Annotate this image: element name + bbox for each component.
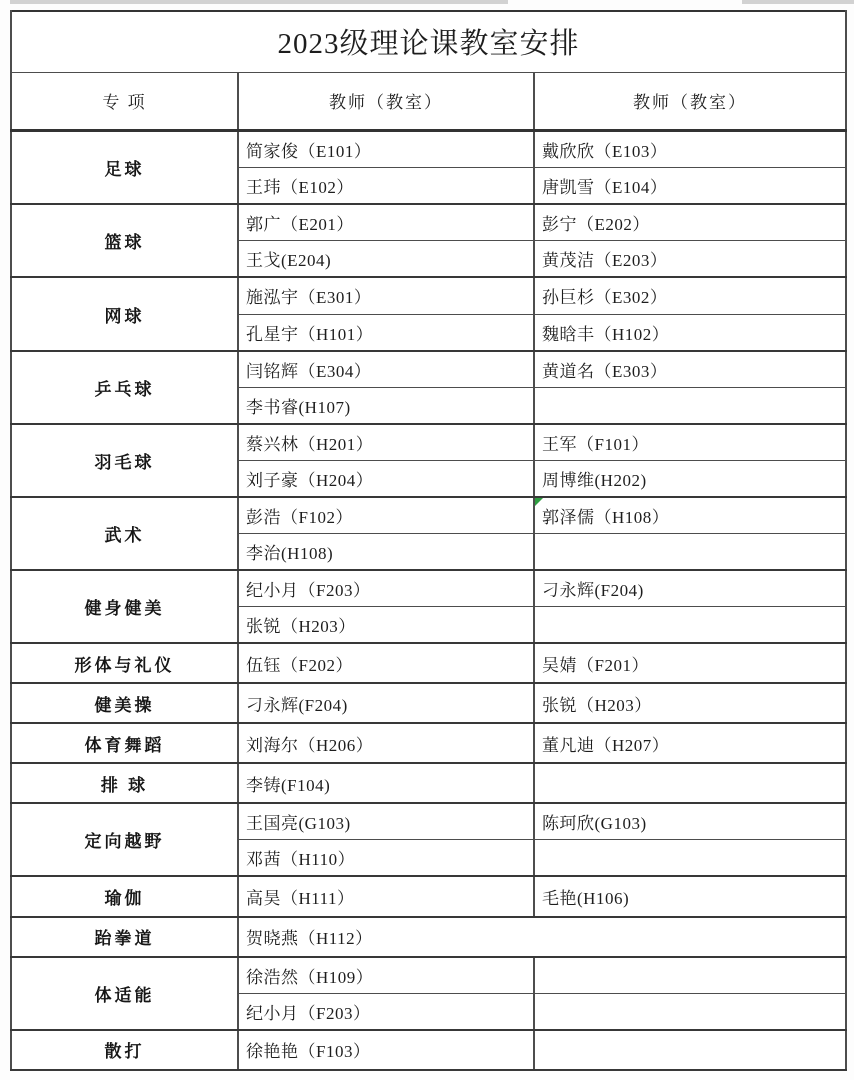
page-title: 2023级理论课教室安排 [11, 11, 846, 72]
teacher-cell: 彭浩（F102） [238, 497, 534, 534]
teacher-cell: 郭广（E201） [238, 204, 534, 241]
teacher-cell: 张锐（H203） [534, 683, 846, 723]
teacher-cell: 刁永辉(F204) [238, 683, 534, 723]
empty-cell [534, 533, 846, 570]
empty-cell [534, 840, 846, 877]
specialty-cell: 体适能 [11, 957, 238, 1030]
header-specialty: 专 项 [11, 72, 238, 130]
table-row: 形体与礼仪伍钰（F202）吴婧（F201） [11, 643, 846, 683]
header-teacher-2: 教师（教室） [534, 72, 846, 130]
table-row: 瑜伽高昊（H111）毛艳(H106) [11, 876, 846, 916]
specialty-cell: 散打 [11, 1030, 238, 1070]
header-teacher-1: 教师（教室） [238, 72, 534, 130]
teacher-cell: 贺晓燕（H112） [238, 917, 846, 957]
teacher-cell: 魏晗丰（H102） [534, 314, 846, 351]
specialty-cell: 网球 [11, 277, 238, 350]
specialty-cell: 武术 [11, 497, 238, 570]
scan-artifact-strip [742, 0, 854, 4]
comment-flag-icon [535, 498, 543, 506]
specialty-cell: 瑜伽 [11, 876, 238, 916]
teacher-cell: 戴欣欣（E103） [534, 130, 846, 167]
teacher-cell: 陈珂欣(G103) [534, 803, 846, 840]
teacher-cell: 孔星宇（H101） [238, 314, 534, 351]
teacher-cell: 董凡迪（H207） [534, 723, 846, 763]
teacher-cell: 蔡兴林（H201） [238, 424, 534, 461]
specialty-cell: 篮球 [11, 204, 238, 277]
teacher-cell: 简家俊（E101） [238, 130, 534, 167]
teacher-cell: 伍钰（F202） [238, 643, 534, 683]
teacher-cell: 孙巨杉（E302） [534, 277, 846, 314]
teacher-cell: 邓茜（H110） [238, 840, 534, 877]
teacher-cell: 闫铭辉（E304） [238, 351, 534, 388]
teacher-cell: 吴婧（F201） [534, 643, 846, 683]
teacher-cell: 纪小月（F203） [238, 993, 534, 1030]
teacher-cell: 李铸(F104) [238, 763, 534, 803]
teacher-cell: 施泓宇（E301） [238, 277, 534, 314]
teacher-cell: 彭宁（E202） [534, 204, 846, 241]
table-row: 跆拳道贺晓燕（H112） [11, 917, 846, 957]
title-row: 2023级理论课教室安排 [11, 11, 846, 72]
header-row: 专 项 教师（教室） 教师（教室） [11, 72, 846, 130]
teacher-cell: 唐凯雪（E104） [534, 168, 846, 205]
table-row: 定向越野王国亮(G103)陈珂欣(G103) [11, 803, 846, 840]
specialty-cell: 足球 [11, 130, 238, 204]
teacher-cell: 周博维(H202) [534, 460, 846, 497]
specialty-cell: 形体与礼仪 [11, 643, 238, 683]
teacher-cell: 徐浩然（H109） [238, 957, 534, 994]
teacher-cell: 纪小月（F203） [238, 570, 534, 607]
teacher-cell: 王戈(E204) [238, 241, 534, 278]
teacher-cell: 郭泽儒（H108） [534, 497, 846, 534]
empty-cell [534, 763, 846, 803]
teacher-cell: 黄茂洁（E203） [534, 241, 846, 278]
empty-cell [534, 957, 846, 994]
teacher-cell: 刘海尔（H206） [238, 723, 534, 763]
empty-cell [534, 387, 846, 424]
empty-cell [534, 1030, 846, 1070]
teacher-cell: 王国亮(G103) [238, 803, 534, 840]
table-row: 健身健美纪小月（F203）刁永辉(F204) [11, 570, 846, 607]
teacher-cell: 刁永辉(F204) [534, 570, 846, 607]
table-row: 体育舞蹈刘海尔（H206）董凡迪（H207） [11, 723, 846, 763]
specialty-cell: 体育舞蹈 [11, 723, 238, 763]
teacher-cell: 徐艳艳（F103） [238, 1030, 534, 1070]
empty-cell [534, 607, 846, 644]
empty-cell [534, 993, 846, 1030]
table-row: 健美操刁永辉(F204)张锐（H203） [11, 683, 846, 723]
table-row: 体适能徐浩然（H109） [11, 957, 846, 994]
table-row: 羽毛球蔡兴林（H201）王军（F101） [11, 424, 846, 461]
teacher-cell: 李书睿(H107) [238, 387, 534, 424]
scan-artifact-strip [10, 0, 508, 4]
table-row: 网球施泓宇（E301）孙巨杉（E302） [11, 277, 846, 314]
table-row: 乒乓球闫铭辉（E304）黄道名（E303） [11, 351, 846, 388]
teacher-cell: 刘子豪（H204） [238, 460, 534, 497]
table-row: 排 球李铸(F104) [11, 763, 846, 803]
teacher-cell: 王玮（E102） [238, 168, 534, 205]
teacher-cell: 毛艳(H106) [534, 876, 846, 916]
specialty-cell: 定向越野 [11, 803, 238, 876]
specialty-cell: 跆拳道 [11, 917, 238, 957]
specialty-cell: 健身健美 [11, 570, 238, 643]
table-row: 篮球郭广（E201）彭宁（E202） [11, 204, 846, 241]
table-row: 武术彭浩（F102）郭泽儒（H108） [11, 497, 846, 534]
classroom-schedule-table: 2023级理论课教室安排 专 项 教师（教室） 教师（教室） 足球简家俊（E10… [10, 10, 847, 1071]
specialty-cell: 健美操 [11, 683, 238, 723]
teacher-cell: 王军（F101） [534, 424, 846, 461]
specialty-cell: 羽毛球 [11, 424, 238, 497]
specialty-cell: 乒乓球 [11, 351, 238, 424]
teacher-cell: 张锐（H203） [238, 607, 534, 644]
table-row: 散打徐艳艳（F103） [11, 1030, 846, 1070]
teacher-cell: 高昊（H111） [238, 876, 534, 916]
schedule-table-body: 足球简家俊（E101）戴欣欣（E103）王玮（E102）唐凯雪（E104）篮球郭… [11, 130, 846, 1070]
table-row: 足球简家俊（E101）戴欣欣（E103） [11, 130, 846, 167]
teacher-cell: 黄道名（E303） [534, 351, 846, 388]
specialty-cell: 排 球 [11, 763, 238, 803]
teacher-cell: 李治(H108) [238, 533, 534, 570]
